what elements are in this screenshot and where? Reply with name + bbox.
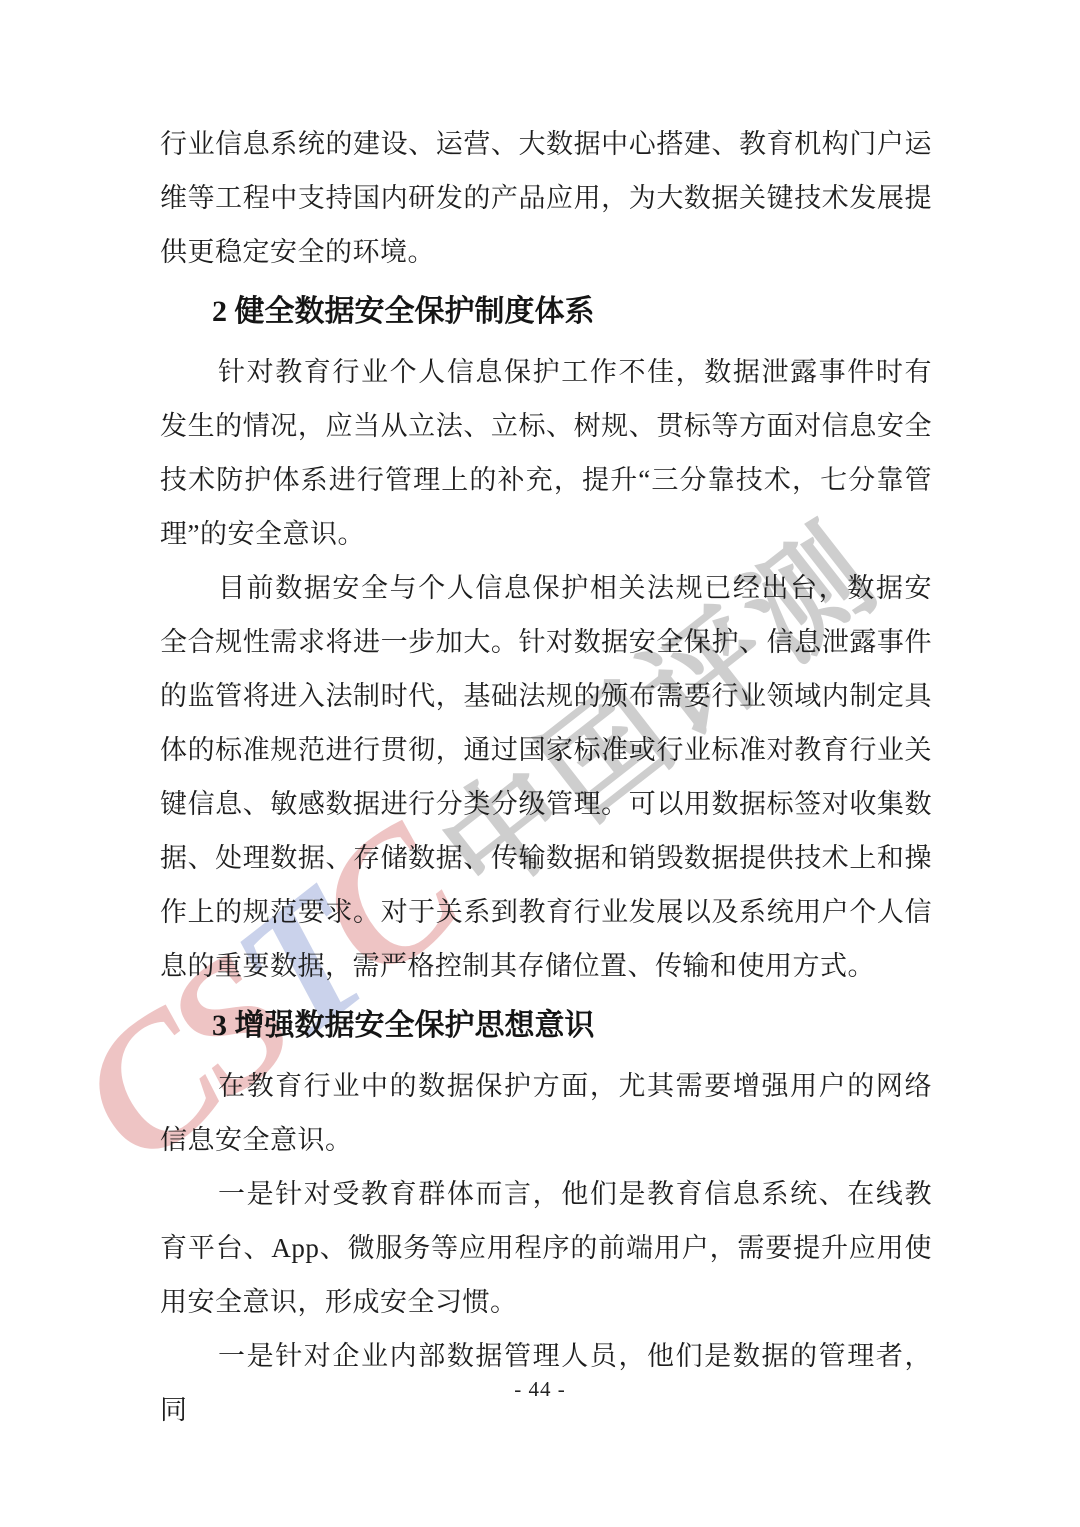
page-number: - 44 - xyxy=(0,1377,1080,1402)
document-page: CSTC中国评测 行业信息系统的建设、运营、大数据中心搭建、教育机构门户运维等工… xyxy=(0,0,1080,1527)
page-content: 行业信息系统的建设、运营、大数据中心搭建、教育机构门户运维等工程中支持国内研发的… xyxy=(0,0,1080,1527)
body-paragraph: 行业信息系统的建设、运营、大数据中心搭建、教育机构门户运维等工程中支持国内研发的… xyxy=(160,117,932,279)
section-heading: 3 增强数据安全保护思想意识 xyxy=(212,999,932,1053)
section-heading: 2 健全数据安全保护制度体系 xyxy=(212,285,932,339)
body-paragraph: 目前数据安全与个人信息保护相关法规已经出台，数据安全合规性需求将进一步加大。针对… xyxy=(160,561,932,993)
body-paragraph: 在教育行业中的数据保护方面，尤其需要增强用户的网络信息安全意识。 xyxy=(160,1059,932,1167)
body-paragraph: 针对教育行业个人信息保护工作不佳，数据泄露事件时有发生的情况，应当从立法、立标、… xyxy=(160,345,932,561)
body-paragraph: 一是针对受教育群体而言，他们是教育信息系统、在线教育平台、App、微服务等应用程… xyxy=(160,1167,932,1329)
